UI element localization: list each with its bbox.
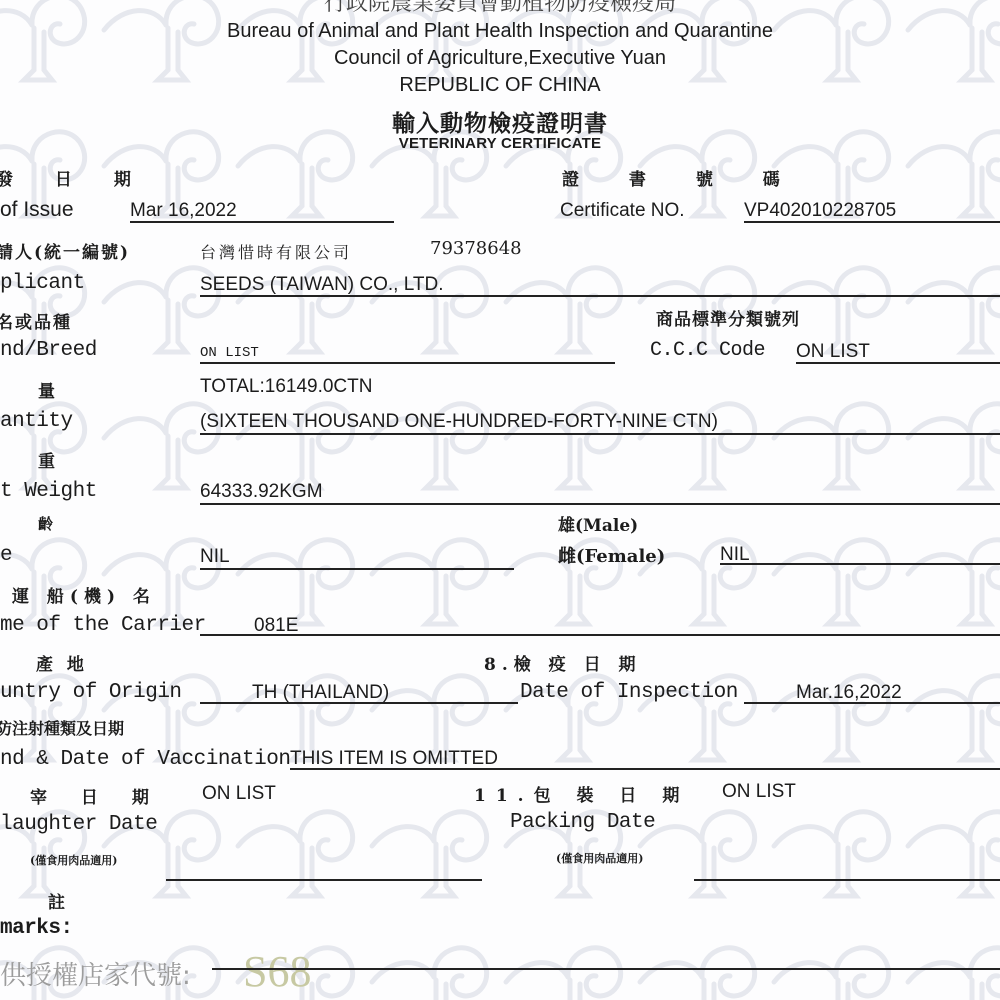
ccc-code-value: ON LIST <box>796 341 870 363</box>
packing-date-value: ON LIST <box>722 781 796 803</box>
date-of-issue-line <box>130 221 394 223</box>
packing-date-line <box>694 879 1000 881</box>
applicant-label-cn: 請人(統一編號) <box>0 238 130 263</box>
age-label: e <box>0 544 12 567</box>
certificate-title: VETERINARY CERTIFICATE <box>0 135 1000 152</box>
net-weight-line <box>200 503 1000 505</box>
certificate-no-label: Certificate NO. <box>560 200 685 222</box>
council-name: Council of Agriculture,Executive Yuan <box>0 47 1000 70</box>
certificate-no-label-cn: 證 書 號 碼 <box>562 165 802 190</box>
authorized-store-label: 供授權店家代號: <box>0 955 191 992</box>
remarks-line <box>212 968 1000 970</box>
slaughter-date-label: laughter Date <box>0 813 157 836</box>
inspection-date-label: Date of Inspection <box>520 681 738 704</box>
bureau-name: Bureau of Animal and Plant Health Inspec… <box>0 20 1000 43</box>
quantity-words: (SIXTEEN THOUSAND ONE-HUNDRED-FORTY-NINE… <box>200 411 718 433</box>
kind-breed-line <box>200 362 615 364</box>
agency-chinese-name: 行政院農業委員會動植物防疫檢疫局 <box>0 0 1000 17</box>
net-weight-value: 64333.92KGM <box>200 481 323 503</box>
kind-breed-label-cn: 名或品種 <box>0 308 72 333</box>
remarks-label: marks: <box>0 917 73 940</box>
packing-date-note: (僅食用肉品適用) <box>556 850 643 866</box>
slaughter-date-line <box>166 879 482 881</box>
age-line <box>200 568 514 570</box>
ccc-code-label: C.C.C Code <box>650 339 765 362</box>
sex-male-label: 雄(Male) <box>558 511 638 536</box>
vaccination-label: nd & Date of Vaccination <box>0 748 290 771</box>
quantity-label: antity <box>0 410 73 433</box>
quantity-label-cn: 量 <box>38 377 55 402</box>
net-weight-label: t Weight <box>0 480 97 503</box>
date-of-issue-value: Mar 16,2022 <box>130 200 237 222</box>
slaughter-date-value: ON LIST <box>202 783 276 805</box>
date-of-issue-label-cn: 發 日 期 <box>0 165 149 190</box>
vaccination-value: THIS ITEM IS OMITTED <box>290 748 498 770</box>
inspection-date-label-cn: 8.檢 疫 日 期 <box>484 650 642 675</box>
sex-line <box>720 563 1000 565</box>
slaughter-date-label-cn: 宰 日 期 <box>30 783 163 808</box>
applicant-tax-id: 79378648 <box>430 238 522 259</box>
applicant-label: plicant <box>0 272 85 295</box>
packing-date-label-cn: 11.包 裝 日 期 <box>474 781 689 806</box>
origin-label: untry of Origin <box>0 681 182 704</box>
inspection-date-line <box>744 702 1000 704</box>
country-name: REPUBLIC OF CHINA <box>0 74 1000 97</box>
inspection-date-value: Mar.16,2022 <box>796 682 902 704</box>
sex-female-label: 雌(Female) <box>558 542 665 568</box>
applicant-value: SEEDS (TAIWAN) CO., LTD. <box>200 274 444 296</box>
ccc-code-line <box>796 362 1000 364</box>
certificate-title-chinese: 輸入動物檢疫證明書 <box>0 105 1000 138</box>
slaughter-date-note: (僅食用肉品適用) <box>30 852 117 868</box>
certificate-no-line <box>744 221 1000 223</box>
applicant-line <box>200 295 1000 297</box>
store-code: S68 <box>243 946 311 997</box>
quantity-line <box>200 433 1000 435</box>
origin-value: TH (THAILAND) <box>252 682 389 704</box>
carrier-label-cn: 運 船(機) 名 <box>12 582 156 607</box>
carrier-line <box>200 634 1000 636</box>
remarks-label-cn: 註 <box>48 888 65 913</box>
ccc-code-label-cn: 商品標準分類號列 <box>656 305 800 330</box>
date-of-issue-label: of Issue <box>0 198 74 222</box>
kind-breed-value: ON LIST <box>200 345 259 361</box>
origin-label-cn: 產 地 <box>36 650 88 675</box>
carrier-label: me of the Carrier <box>0 614 206 637</box>
age-label-cn: 齡 <box>38 513 53 534</box>
net-weight-label-cn: 重 <box>38 447 55 472</box>
vaccination-label-cn: 防注射種類及日期 <box>0 716 124 739</box>
vaccination-line <box>290 768 1000 770</box>
packing-date-label: Packing Date <box>510 811 655 834</box>
applicant-name-cn: 台灣惜時有限公司 <box>200 240 352 263</box>
age-value: NIL <box>200 546 230 568</box>
kind-breed-label: nd/Breed <box>0 339 97 362</box>
origin-line <box>200 702 518 704</box>
certificate-no-value: VP402010228705 <box>744 200 896 222</box>
quantity-value: TOTAL:16149.0CTN <box>200 376 372 398</box>
